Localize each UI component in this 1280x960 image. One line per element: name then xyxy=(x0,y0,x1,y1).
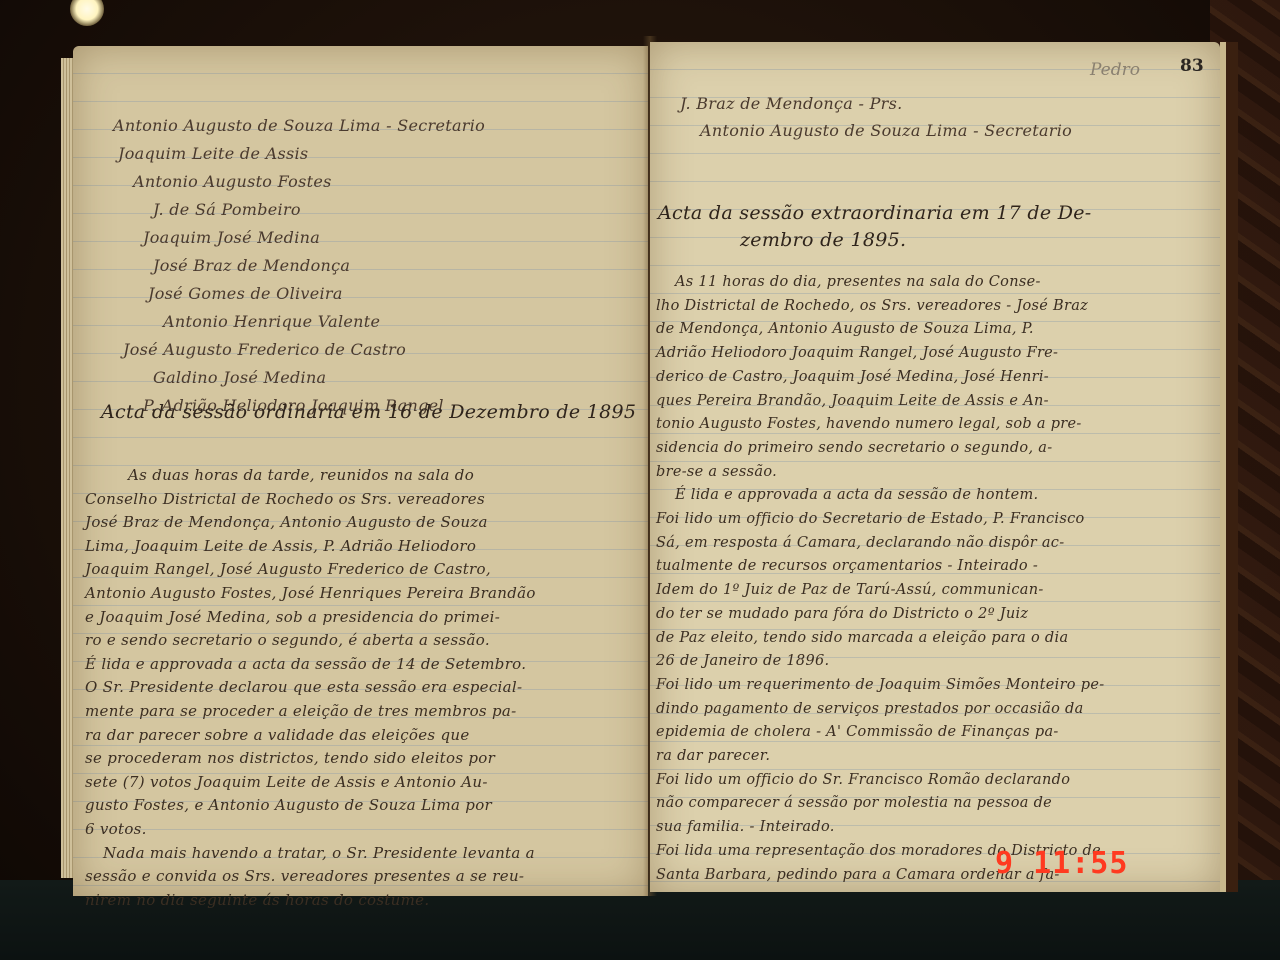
signature-line: J. Braz de Mendonça - Prs. xyxy=(680,94,903,113)
handwritten-line: Idem do 1º Juiz de Paz de Tarú-Assú, com… xyxy=(656,582,1044,598)
handwritten-line: É lida e approvada a acta da sessão de h… xyxy=(675,487,1038,503)
handwritten-line: de Paz eleito, tendo sido marcada a elei… xyxy=(656,630,1068,646)
handwritten-line: gusto Fostes, e Antonio Augusto de Souza… xyxy=(85,796,492,814)
handwritten-line: nirem no dia seguinte ás horas do costum… xyxy=(85,891,429,909)
signature-line: J. de Sá Pombeiro xyxy=(153,200,301,219)
handwritten-line: sete (7) votos Joaquim Leite de Assis e … xyxy=(85,773,488,791)
handwritten-line: ques Pereira Brandão, Joaquim Leite de A… xyxy=(656,393,1049,409)
camera-timestamp-overlay: 9 11:55 xyxy=(995,846,1128,881)
handwritten-line: Joaquim Rangel, José Augusto Frederico d… xyxy=(85,560,491,578)
signature-line: Galdino José Medina xyxy=(153,368,326,387)
signature-line: Joaquim José Medina xyxy=(143,228,320,247)
handwritten-line: epidemia de cholera - A' Commissão de Fi… xyxy=(656,724,1059,740)
handwritten-line: sidencia do primeiro sendo secretario o … xyxy=(656,440,1052,456)
handwritten-line: 26 de Janeiro de 1896. xyxy=(656,653,829,669)
handwritten-line: Nada mais havendo a tratar, o Sr. Presid… xyxy=(103,844,535,862)
signature-line: José Augusto Frederico de Castro xyxy=(123,340,406,359)
signature-line: Antonio Augusto Fostes xyxy=(133,172,332,191)
right-page: Pedro 83 J. Braz de Mendonça - Prs.Anton… xyxy=(650,42,1220,892)
signature-line: Antonio Augusto de Souza Lima - Secretar… xyxy=(700,121,1072,140)
right-page-heading-line2: zembro de 1895. xyxy=(740,229,906,251)
handwritten-line: Conselho Districtal de Rochedo os Srs. v… xyxy=(85,490,485,508)
handwritten-line: bre-se a sessão. xyxy=(656,464,777,480)
left-page: Antonio Augusto de Souza Lima - Secretar… xyxy=(73,46,648,896)
handwritten-line: ro e sendo secretario o segundo, é abert… xyxy=(85,631,490,649)
signature-line: Joaquim Leite de Assis xyxy=(118,144,308,163)
handwritten-line: Foi lido um officio do Sr. Francisco Rom… xyxy=(656,772,1070,788)
right-page-heading-line1: Acta da sessão extraordinaria em 17 de D… xyxy=(658,202,1092,224)
camera-flash-reflection xyxy=(70,0,104,26)
handwritten-line: É lida e approvada a acta da sessão de 1… xyxy=(85,655,526,673)
handwritten-line: Sá, em resposta á Camara, declarando não… xyxy=(656,535,1064,551)
handwritten-line: derico de Castro, Joaquim José Medina, J… xyxy=(656,369,1049,385)
handwritten-line: sessão e convida os Srs. vereadores pres… xyxy=(85,867,524,885)
handwritten-line: mente para se proceder a eleição de tres… xyxy=(85,702,517,720)
rubric-initials: Pedro xyxy=(1090,60,1140,80)
handwritten-line: dindo pagamento de serviços prestados po… xyxy=(656,701,1084,717)
page-number: 83 xyxy=(1180,56,1204,76)
handwritten-line: não comparecer á sessão por molestia na … xyxy=(656,795,1052,811)
handwritten-line: Lima, Joaquim Leite de Assis, P. Adrião … xyxy=(85,537,476,555)
handwritten-line: Foi lido um requerimento de Joaquim Simõ… xyxy=(656,677,1104,693)
handwritten-line: Foi lido um officio do Secretario de Est… xyxy=(656,511,1085,527)
handwritten-line: As duas horas da tarde, reunidos na sala… xyxy=(128,466,474,484)
handwritten-line: 6 votos. xyxy=(85,820,147,838)
handwritten-line: ra dar parecer. xyxy=(656,748,770,764)
handwritten-line: de Mendonça, Antonio Augusto de Souza Li… xyxy=(656,321,1034,337)
handwritten-line: do ter se mudado para fóra do Districto … xyxy=(656,606,1028,622)
handwritten-line: ra dar parecer sobre a validade das elei… xyxy=(85,726,470,744)
handwritten-line: Antonio Augusto Fostes, José Henriques P… xyxy=(85,584,536,602)
handwritten-line: tualmente de recursos orçamentarios - In… xyxy=(656,558,1038,574)
signature-line: Antonio Augusto de Souza Lima - Secretar… xyxy=(113,116,485,135)
handwritten-line: tonio Augusto Fostes, havendo numero leg… xyxy=(656,416,1082,432)
signature-line: José Gomes de Oliveira xyxy=(148,284,343,303)
handwritten-line: O Sr. Presidente declarou que esta sessã… xyxy=(85,678,522,696)
open-ledger-book: Antonio Augusto de Souza Lima - Secretar… xyxy=(55,36,1225,936)
handwritten-line: sua familia. - Inteirado. xyxy=(656,819,835,835)
signature-line: José Braz de Mendonça xyxy=(153,256,350,275)
handwritten-line: Adrião Heliodoro Joaquim Rangel, José Au… xyxy=(656,345,1058,361)
handwritten-line: As 11 horas do dia, presentes na sala do… xyxy=(675,274,1041,290)
handwritten-line: lho Districtal de Rochedo, os Srs. verea… xyxy=(656,298,1088,314)
left-page-heading: Acta da sessão ordinaria em 16 de Dezemb… xyxy=(101,401,636,423)
handwritten-line: se procederam nos districtos, tendo sido… xyxy=(85,749,495,767)
handwritten-line: José Braz de Mendonça, Antonio Augusto d… xyxy=(85,513,488,531)
handwritten-line: e Joaquim José Medina, sob a presidencia… xyxy=(85,608,500,626)
signature-line: Antonio Henrique Valente xyxy=(163,312,380,331)
